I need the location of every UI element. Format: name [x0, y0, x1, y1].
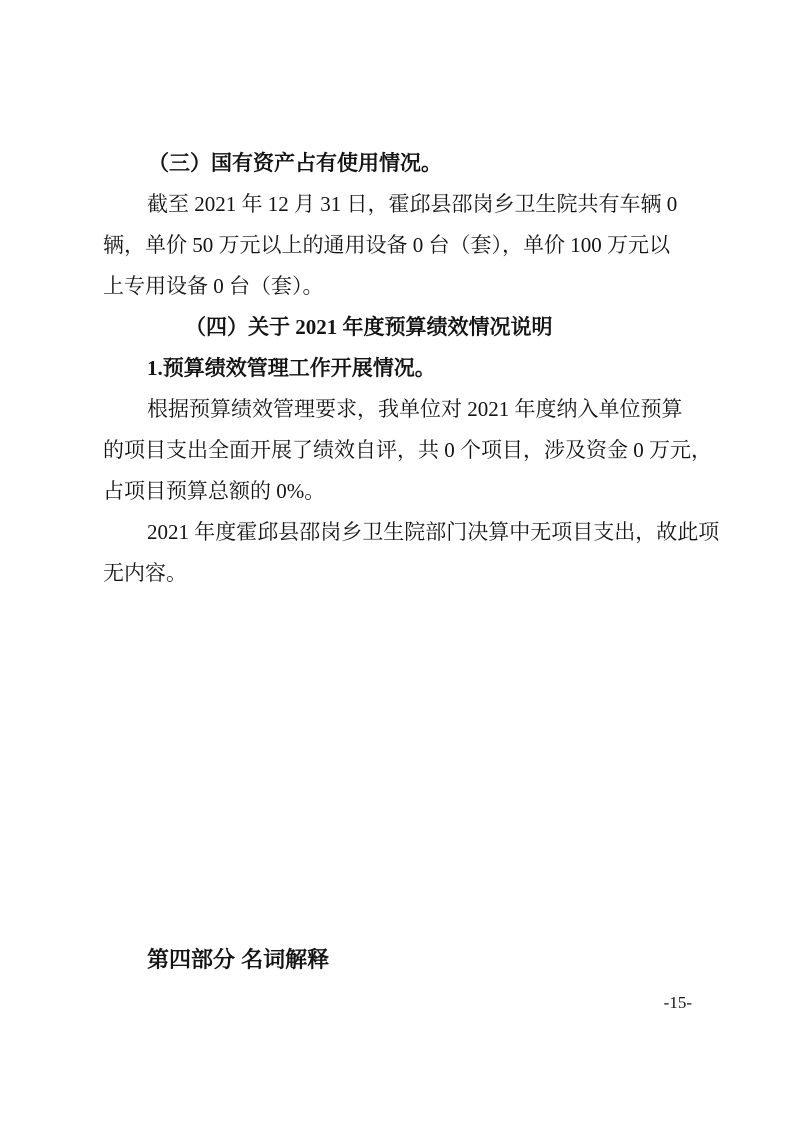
text-line: 2021 年度霍邱县邵岗乡卫生院部门决算中无项目支出，故此项 [103, 512, 693, 553]
text-line: 辆，单价 50 万元以上的通用设备 0 台（套），单价 100 万元以 [103, 225, 693, 266]
document-content: （三）国有资产占有使用情况。 截至 2021 年 12 月 31 日，霍邱县邵岗… [0, 0, 793, 980]
paragraph-performance-self-evaluation: 根据预算绩效管理要求，我单位对 2021 年度纳入单位预算的项目支出全面开展了绩… [103, 389, 693, 512]
heading-state-assets: （三）国有资产占有使用情况。 [103, 143, 693, 184]
text-line: 根据预算绩效管理要求，我单位对 2021 年度纳入单位预算 [103, 389, 693, 430]
heading-part4-glossary: 第四部分 名词解释 [103, 939, 693, 980]
page-number: -15- [664, 994, 692, 1012]
heading-budget-performance: （四）关于 2021 年度预算绩效情况说明 [103, 307, 693, 348]
paragraph-no-project-expenditure: 2021 年度霍邱县邵岗乡卫生院部门决算中无项目支出，故此项无内容。 [103, 512, 693, 594]
document-page: （三）国有资产占有使用情况。 截至 2021 年 12 月 31 日，霍邱县邵岗… [0, 0, 793, 1122]
heading-performance-management: 1.预算绩效管理工作开展情况。 [103, 348, 693, 389]
text-line: 上专用设备 0 台（套）。 [103, 266, 693, 307]
text-line: 占项目预算总额的 0%。 [103, 471, 693, 512]
text-line: 无内容。 [103, 553, 693, 594]
paragraph-state-assets: 截至 2021 年 12 月 31 日，霍邱县邵岗乡卫生院共有车辆 0辆，单价 … [103, 184, 693, 307]
text-line: 的项目支出全面开展了绩效自评，共 0 个项目，涉及资金 0 万元， [103, 430, 693, 471]
blank-space [103, 594, 693, 939]
text-line: 截至 2021 年 12 月 31 日，霍邱县邵岗乡卫生院共有车辆 0 [103, 184, 693, 225]
